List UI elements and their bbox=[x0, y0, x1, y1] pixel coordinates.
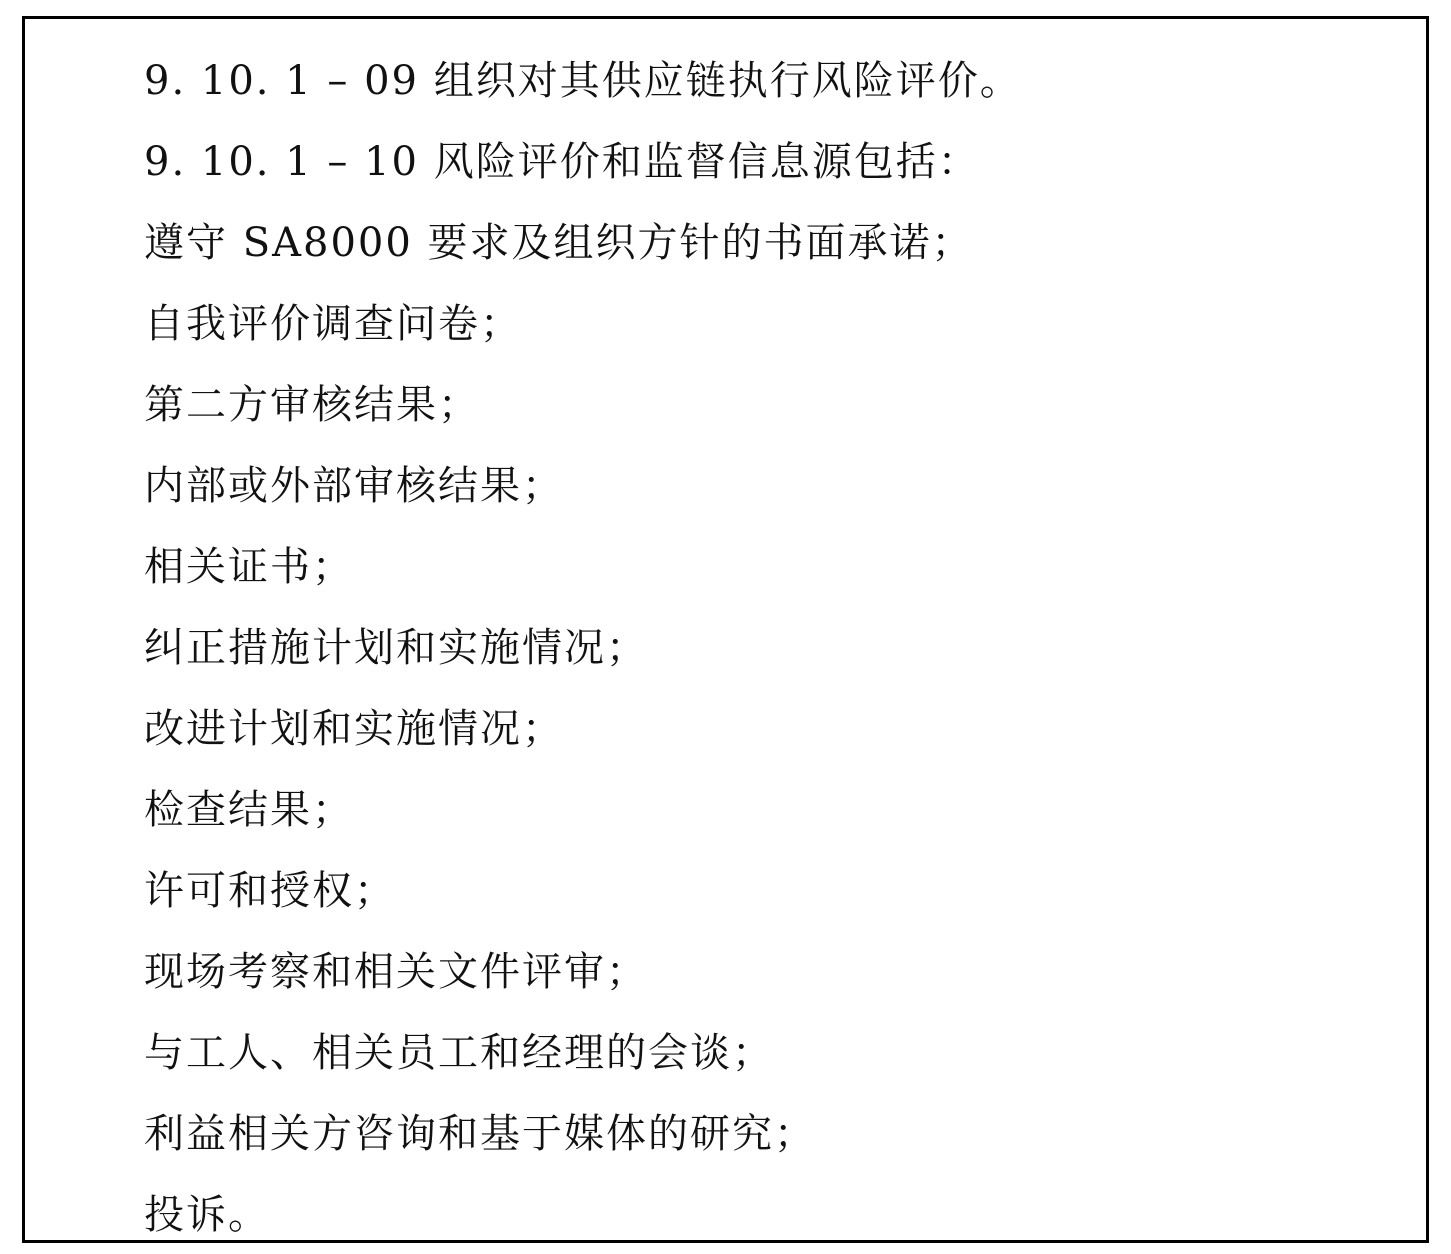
list-item: 纠正措施计划和实施情况； bbox=[144, 608, 1022, 689]
list-item: 现场考察和相关文件评审； bbox=[144, 932, 1022, 1013]
list-item: 第二方审核结果； bbox=[144, 365, 1022, 446]
list-item: 相关证书； bbox=[144, 527, 1022, 608]
list-item: 许可和授权； bbox=[144, 851, 1022, 932]
document-lines: 9. 10. 1 – 09 组织对其供应链执行风险评价。 9. 10. 1 – … bbox=[144, 41, 1022, 1254]
list-item: 内部或外部审核结果； bbox=[144, 446, 1022, 527]
clause-9-10-1-10: 9. 10. 1 – 10 风险评价和监督信息源包括： bbox=[144, 122, 1022, 203]
list-item: 检查结果； bbox=[144, 770, 1022, 851]
list-item: 与工人、相关员工和经理的会谈； bbox=[144, 1013, 1022, 1094]
document-box: 9. 10. 1 – 09 组织对其供应链执行风险评价。 9. 10. 1 – … bbox=[22, 16, 1429, 1243]
clause-9-10-1-09: 9. 10. 1 – 09 组织对其供应链执行风险评价。 bbox=[144, 41, 1022, 122]
list-item: 自我评价调查问卷； bbox=[144, 284, 1022, 365]
list-item: 投诉。 bbox=[144, 1175, 1022, 1254]
list-item: 改进计划和实施情况； bbox=[144, 689, 1022, 770]
list-item: 利益相关方咨询和基于媒体的研究； bbox=[144, 1094, 1022, 1175]
list-item: 遵守 SA8000 要求及组织方针的书面承诺； bbox=[144, 203, 1022, 284]
